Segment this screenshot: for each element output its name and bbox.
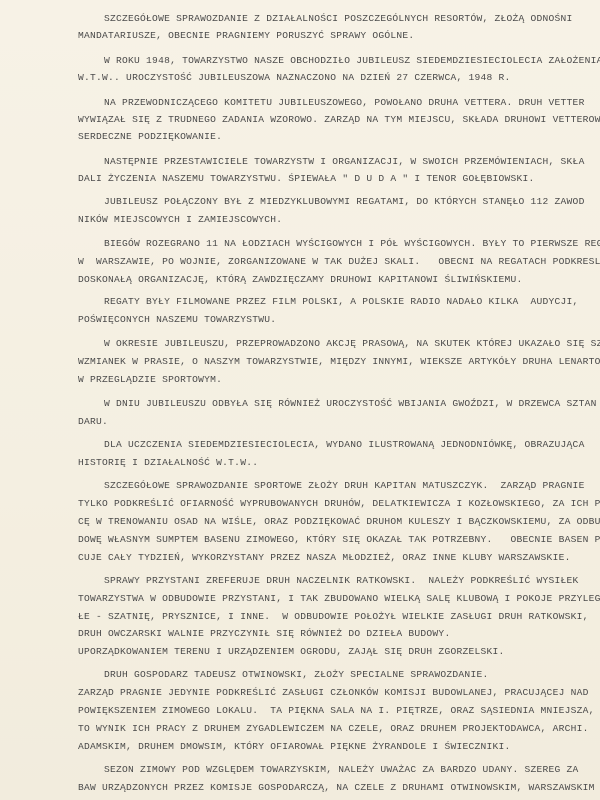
text-line: POWIĘKSZENIEM ZIMOWEGO LOKALU. TA PIĘKNA…	[78, 705, 595, 717]
text-line: NASTĘPNIE PRZESTAWICIELE TOWARZYSTW I OR…	[104, 156, 585, 168]
text-line: DRUH GOSPODARZ TADEUSZ OTWINOWSKI, ZŁOŻY…	[104, 669, 488, 681]
text-line: SPRAWY PRZYSTANI ZREFERUJE DRUH NACZELNI…	[104, 575, 579, 587]
text-line: W OKRESIE JUBILEUSZU, PRZEPROWADZONO AKC…	[104, 338, 600, 350]
typewritten-page: SZCZEGÓŁOWE SPRAWOZDANIE Z DZIAŁALNOŚCI …	[0, 0, 600, 800]
text-line: DOWĘ WŁASNYM SUMPTEM BASENU ZIMOWEGO, KT…	[78, 534, 600, 546]
text-line: SERDECZNE PODZIĘKOWANIE.	[78, 131, 222, 143]
text-line: ZARZĄD PRAGNIE JEDYNIE PODKREŚLIĆ ZASŁUG…	[78, 687, 589, 699]
text-line: SZCZEGÓŁOWE SPRAWOZDANIE SPORTOWE ZŁOŻY …	[104, 480, 585, 492]
text-line: W WARSZAWIE, PO WOJNIE, ZORGANIZOWANE W …	[78, 256, 600, 268]
text-line: NA PRZEWODNICZĄCEGO KOMITETU JUBILEUSZOW…	[104, 97, 585, 109]
text-line: SEZON ZIMOWY POD WZGLĘDEM TOWARZYSKIM, N…	[104, 764, 579, 776]
text-line: DOSKONAŁĄ ORGANIZACJĘ, KTÓRĄ ZAWDZIĘCZAM…	[78, 274, 523, 286]
text-line: NIKÓW MIEJSCOWYCH I ZAMIEJSCOWYCH.	[78, 214, 282, 226]
text-line: MANDATARIUSZE, OBECNIE PRAGNIEMY PORUSZY…	[78, 30, 414, 42]
text-line: JUBILEUSZ POŁĄCZONY BYŁ Z MIEDZYKLUBOWYM…	[104, 196, 585, 208]
text-line: TO WYNIK ICH PRACY Z DRUHEM ZYGADLEWICZE…	[78, 723, 589, 735]
text-line: REGATY BYŁY FILMOWANE PRZEZ FILM POLSKI,…	[104, 296, 579, 308]
text-line: ŁE - SZATNIĘ, PRYSZNICE, I INNE. W ODBUD…	[78, 611, 589, 623]
text-line: DLA UCZCZENIA SIEDEMDZIESIECIOLECIA, WYD…	[104, 439, 585, 451]
text-line: W PRZEGLĄDZIE SPORTOWYM.	[78, 374, 222, 386]
text-line: CĘ W TRENOWANIU OSAD NA WIŚLE, ORAZ PODZ…	[78, 516, 600, 528]
text-line: BAW URZĄDZONYCH PRZEZ KOMISJE GOSPODARCZ…	[78, 782, 595, 794]
text-line: SZCZEGÓŁOWE SPRAWOZDANIE Z DZIAŁALNOŚCI …	[104, 13, 573, 25]
text-line: DRUH OWCZARSKI WALNIE PRZYCZYNIŁ SIĘ RÓW…	[78, 628, 450, 640]
text-line: TYLKO PODKREŚLIĆ OFIARNOŚĆ WYPRUBOWANYCH…	[78, 498, 600, 510]
text-line: DALI ŻYCZENIA NASZEMU TOWARZYSTWU. ŚPIEW…	[78, 173, 535, 185]
text-line: W DNIU JUBILEUSZU ODBYŁA SIĘ RÓWNIEŻ URO…	[104, 398, 597, 410]
text-line: TOWARZYSTWA W ODBUDOWIE PRZYSTANI, I TAK…	[78, 593, 600, 605]
text-line: ADAMSKIM, DRUHEM DMOWSIM, KTÓRY OFIAROWA…	[78, 741, 511, 753]
text-line: BIEGÓW ROZEGRANO 11 NA ŁODZIACH WYŚCIGOW…	[104, 238, 600, 250]
text-line: WYWIĄZAŁ SIĘ Z TRUDNEGO ZADANIA WZOROWO.…	[78, 114, 600, 126]
text-line: W.T.W.. UROCZYSTOŚĆ JUBILEUSZOWA NAZNACZ…	[78, 72, 511, 84]
text-line: WZMIANEK W PRASIE, O NASZYM TOWARZYSTWIE…	[78, 356, 600, 368]
text-line: UPORZĄDKOWANIEM TERENU I URZĄDZENIEM OGR…	[78, 646, 505, 658]
text-line: POŚWIĘCONYCH NASZEMU TOWARZYSTWU.	[78, 314, 276, 326]
text-line: HISTORIĘ I DZIAŁALNOŚĆ W.T.W..	[78, 457, 258, 469]
text-line: CUJE CAŁY TYDZIEŃ, WYKORZYSTANY PRZEZ NA…	[78, 552, 571, 564]
text-line: W ROKU 1948, TOWARZYSTWO NASZE OBCHODZIŁ…	[104, 55, 600, 67]
text-line: DARU.	[78, 416, 108, 428]
